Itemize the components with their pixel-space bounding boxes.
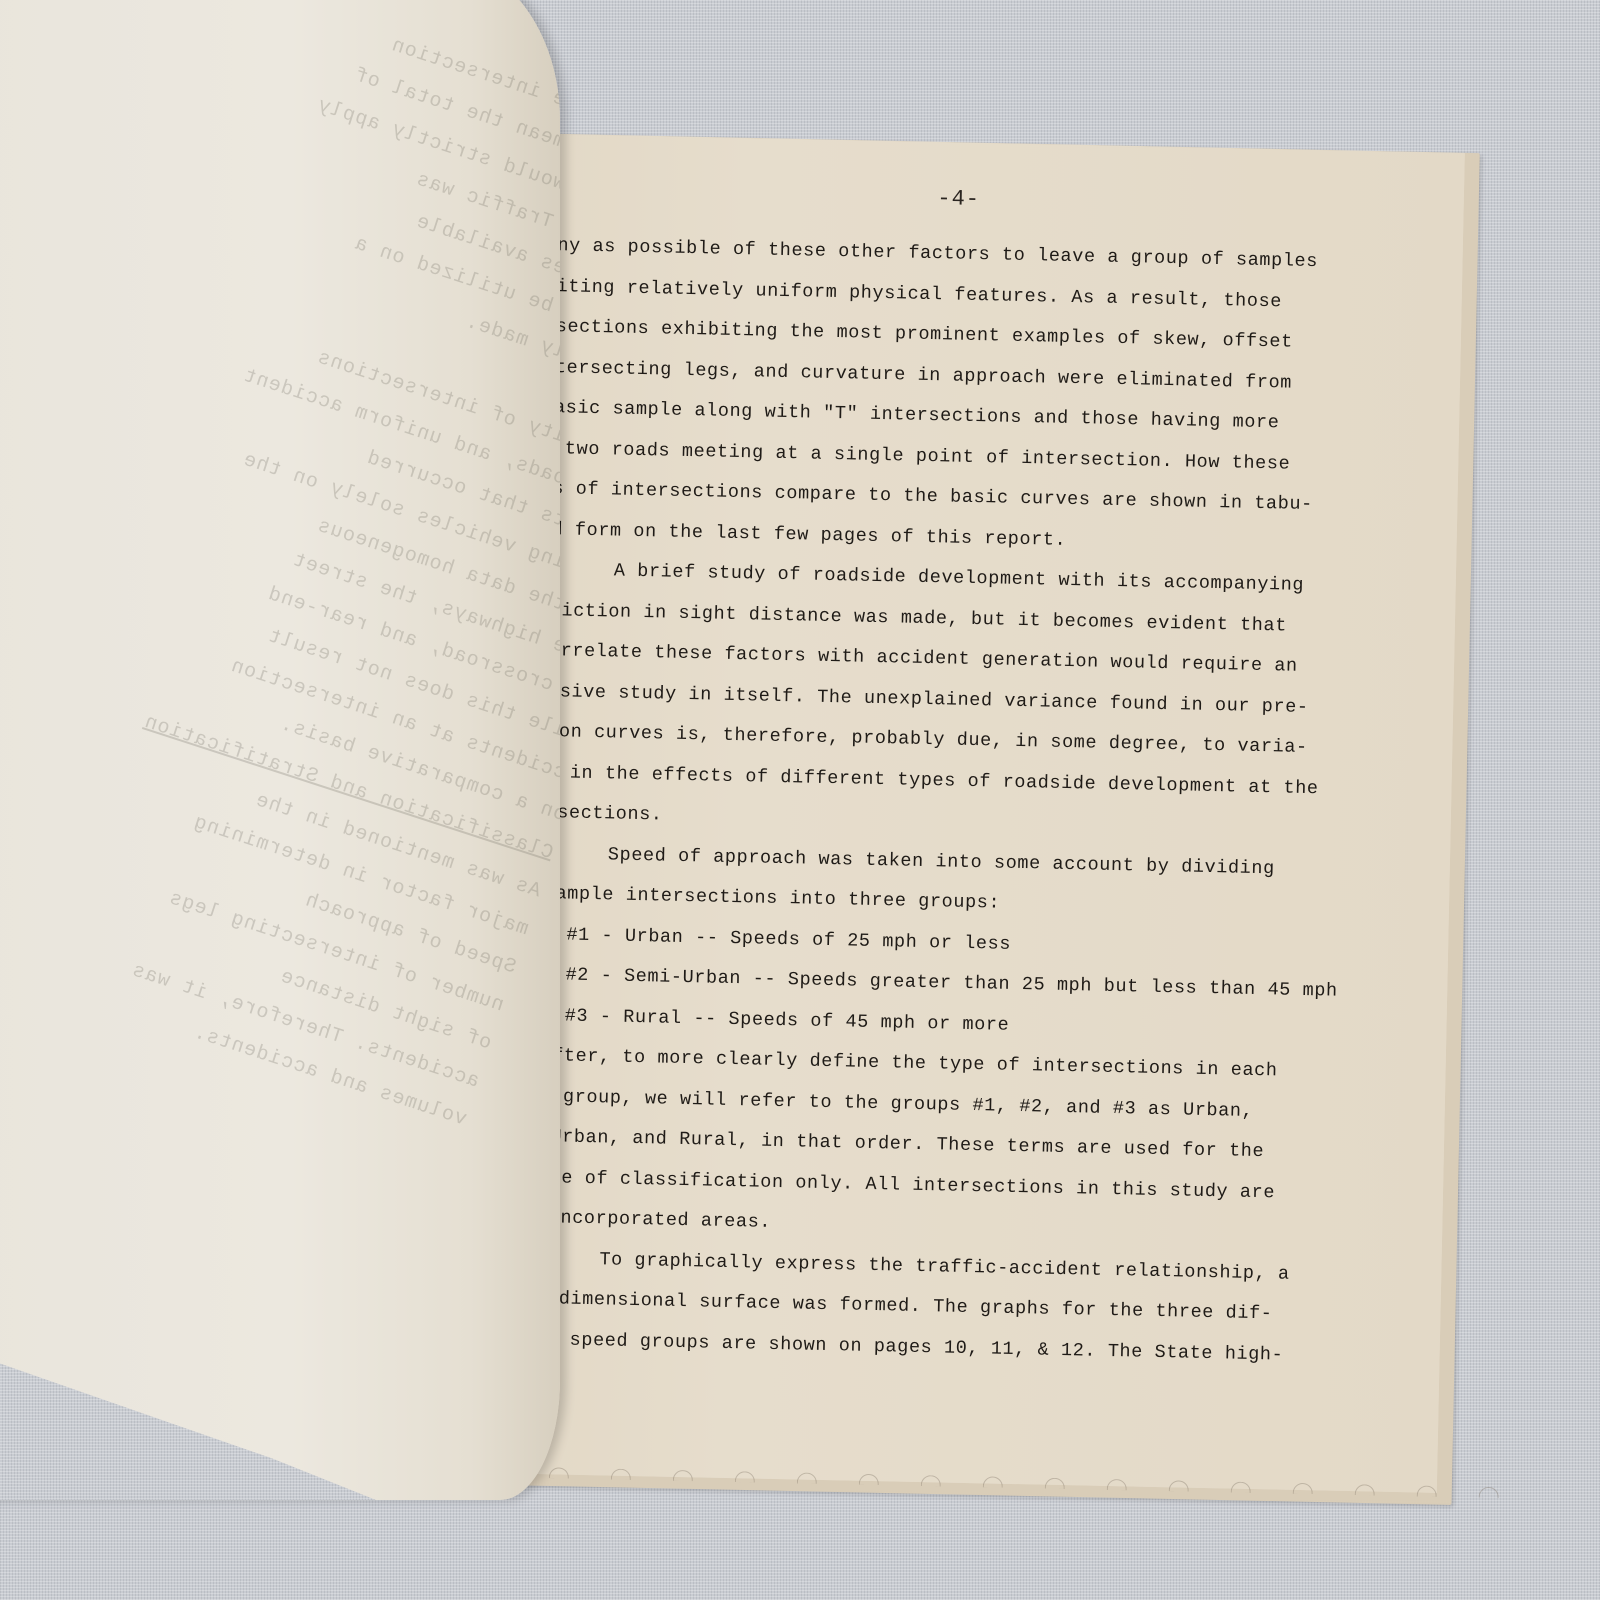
right-page: -4- s many as possible of these other fa… bbox=[427, 132, 1465, 1493]
bleed-through-text: -3- either side of the intersection not … bbox=[0, 0, 560, 1140]
left-page-curled[interactable]: -3- either side of the intersection not … bbox=[0, 0, 560, 1500]
typewritten-body: s many as possible of these other factor… bbox=[487, 225, 1431, 1378]
page-number: -4- bbox=[454, 176, 1464, 222]
